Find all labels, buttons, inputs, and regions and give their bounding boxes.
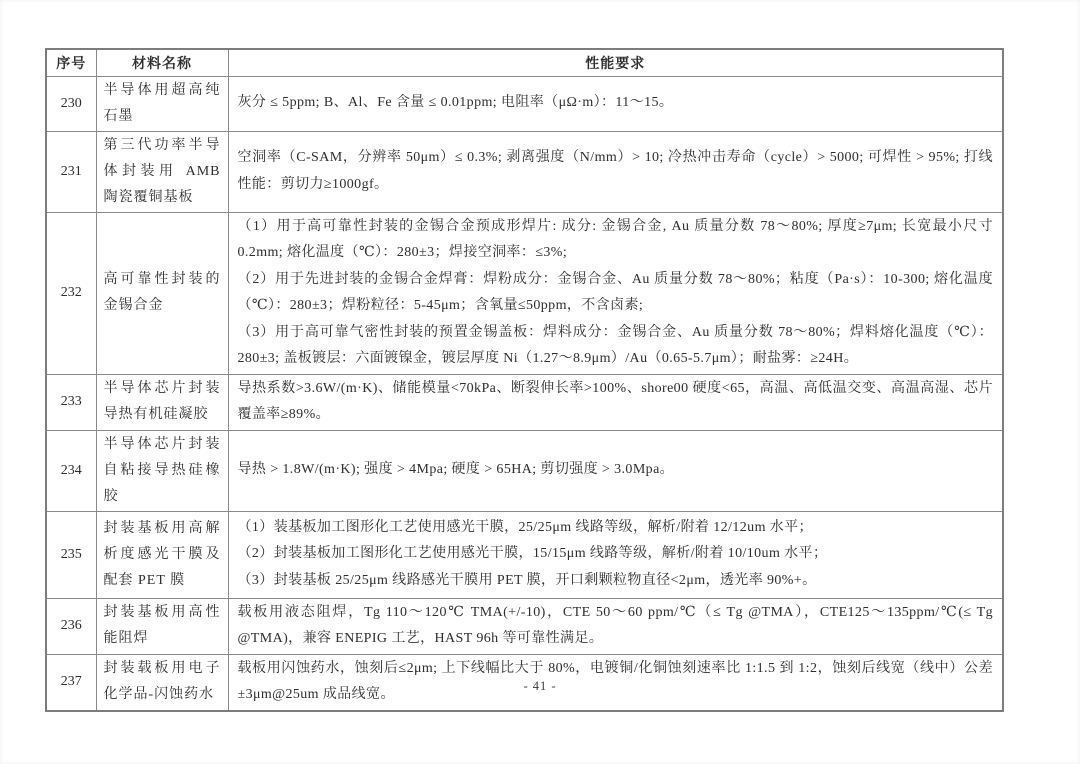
material-name-cell: 半导体芯片封装自粘接导热硅橡胶 bbox=[96, 430, 228, 511]
material-name-cell: 第三代功率半导体封装用 AMB 陶瓷覆铜基板 bbox=[96, 131, 228, 212]
table-row: 230 半导体用超高纯石墨 灰分 ≤ 5ppm; B、Al、Fe 含量 ≤ 0.… bbox=[46, 76, 1003, 131]
material-name-cell: 封装基板用高性能阻焊 bbox=[96, 598, 228, 654]
table-row: 234 半导体芯片封装自粘接导热硅橡胶 导热 > 1.8W/(m·K); 强度 … bbox=[46, 430, 1003, 511]
serial-cell: 234 bbox=[46, 430, 96, 511]
material-name-cell: 半导体芯片封装导热有机硅凝胶 bbox=[96, 374, 228, 430]
table-row: 235 封装基板用高解析度感光干膜及配套 PET 膜 （1）装基板加工图形化工艺… bbox=[46, 511, 1003, 598]
performance-line: 导热 > 1.8W/(m·K); 强度 > 4Mpa; 硬度 > 65HA; 剪… bbox=[238, 457, 994, 484]
performance-cell: 载板用液态阻焊，Tg 110～120℃ TMA(+/-10)，CTE 50～60… bbox=[228, 598, 1003, 654]
performance-line: （3）用于高可靠气密性封装的预置金锡盖板：焊料成分：金锡合金、Au 质量分数 7… bbox=[238, 320, 994, 373]
header-material: 材料名称 bbox=[96, 49, 228, 76]
table-row: 231 第三代功率半导体封装用 AMB 陶瓷覆铜基板 空洞率（C-SAM，分辨率… bbox=[46, 131, 1003, 212]
materials-table: 序号 材料名称 性能要求 230 半导体用超高纯石墨 灰分 ≤ 5ppm; B、… bbox=[45, 48, 1004, 712]
document-page: 序号 材料名称 性能要求 230 半导体用超高纯石墨 灰分 ≤ 5ppm; B、… bbox=[0, 0, 1080, 764]
performance-cell: 空洞率（C-SAM，分辨率 50μm）≤ 0.3%; 剥离强度（N/mm）> 1… bbox=[228, 131, 1003, 212]
performance-line: （2）封装基板加工图形化工艺使用感光干膜，15/15μm 线路等级，解析/附着 … bbox=[238, 541, 994, 568]
table-row: 236 封装基板用高性能阻焊 载板用液态阻焊，Tg 110～120℃ TMA(+… bbox=[46, 598, 1003, 654]
serial-cell: 231 bbox=[46, 131, 96, 212]
serial-cell: 235 bbox=[46, 511, 96, 598]
performance-line: （3）封装基板 25/25μm 线路感光干膜用 PET 膜，开口剩颗粒物直径<2… bbox=[238, 568, 994, 595]
performance-cell: （1）用于高可靠性封装的金锡合金预成形焊片: 成分: 金锡合金, Au 质量分数… bbox=[228, 212, 1003, 374]
table-row: 233 半导体芯片封装导热有机硅凝胶 导热系数>3.6W/(m·K)、储能模量<… bbox=[46, 374, 1003, 430]
performance-line: 灰分 ≤ 5ppm; B、Al、Fe 含量 ≤ 0.01ppm; 电阻率（μΩ·… bbox=[238, 90, 994, 117]
material-name-cell: 半导体用超高纯石墨 bbox=[96, 76, 228, 131]
performance-line: 空洞率（C-SAM，分辨率 50μm）≤ 0.3%; 剥离强度（N/mm）> 1… bbox=[238, 145, 994, 198]
header-index: 序号 bbox=[46, 49, 96, 76]
serial-cell: 232 bbox=[46, 212, 96, 374]
material-name-cell: 高可靠性封装的金锡合金 bbox=[96, 212, 228, 374]
material-name-cell: 封装基板用高解析度感光干膜及配套 PET 膜 bbox=[96, 511, 228, 598]
performance-cell: 导热 > 1.8W/(m·K); 强度 > 4Mpa; 硬度 > 65HA; 剪… bbox=[228, 430, 1003, 511]
performance-cell: 导热系数>3.6W/(m·K)、储能模量<70kPa、断裂伸长率>100%、sh… bbox=[228, 374, 1003, 430]
page-number: - 41 - bbox=[0, 679, 1080, 694]
performance-line: 导热系数>3.6W/(m·K)、储能模量<70kPa、断裂伸长率>100%、sh… bbox=[238, 376, 994, 429]
performance-line: （2）用于先进封装的金锡合金焊膏：焊粉成分：金锡合金、Au 质量分数 78～80… bbox=[238, 267, 994, 320]
performance-cell: （1）装基板加工图形化工艺使用感光干膜，25/25μm 线路等级，解析/附着 1… bbox=[228, 511, 1003, 598]
table-header-row: 序号 材料名称 性能要求 bbox=[46, 49, 1003, 76]
performance-line: （1）装基板加工图形化工艺使用感光干膜，25/25μm 线路等级，解析/附着 1… bbox=[238, 515, 994, 542]
performance-cell: 灰分 ≤ 5ppm; B、Al、Fe 含量 ≤ 0.01ppm; 电阻率（μΩ·… bbox=[228, 76, 1003, 131]
serial-cell: 233 bbox=[46, 374, 96, 430]
header-performance: 性能要求 bbox=[228, 49, 1003, 76]
serial-cell: 230 bbox=[46, 76, 96, 131]
table-row: 232 高可靠性封装的金锡合金 （1）用于高可靠性封装的金锡合金预成形焊片: 成… bbox=[46, 212, 1003, 374]
performance-line: （1）用于高可靠性封装的金锡合金预成形焊片: 成分: 金锡合金, Au 质量分数… bbox=[238, 214, 994, 267]
performance-line: 载板用液态阻焊，Tg 110～120℃ TMA(+/-10)，CTE 50～60… bbox=[238, 600, 994, 653]
serial-cell: 236 bbox=[46, 598, 96, 654]
